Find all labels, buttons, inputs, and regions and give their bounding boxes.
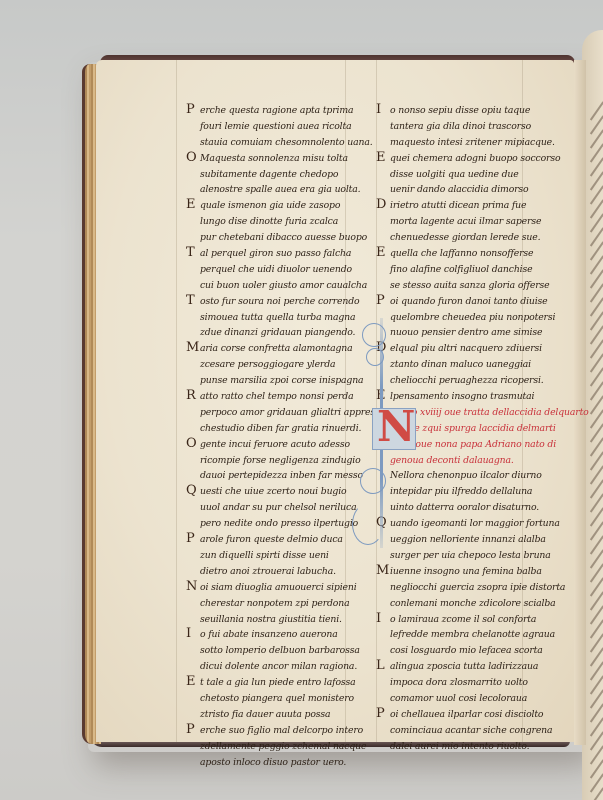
line-text: zcesare persoggiogare ylerda — [200, 359, 335, 370]
text-line: Miuenne insogno una femina balba — [378, 564, 553, 580]
line-text: ricompie forse negligenza zindugio — [200, 455, 361, 466]
text-line: alenostre spalle auea era gia uolta. — [188, 182, 358, 198]
verse-initial: R — [186, 388, 196, 404]
line-text: dietro anoi ztrouerai labucha. — [200, 566, 336, 577]
line-text: stauia comuiam chesomnolento uana. — [200, 137, 373, 148]
line-text: pur chetebani dibacco auesse buopo — [200, 232, 367, 243]
text-line: zun diquelli spirti disse ueni — [188, 548, 358, 564]
penwork-flourish-icon — [362, 323, 386, 347]
penwork-flourish-icon — [352, 503, 384, 545]
line-text: Nellora chenonpuo ilcalor diurno — [390, 470, 542, 481]
line-text: cosi losguardo mio lefacea scorta — [390, 645, 543, 656]
initial-letter: N — [377, 405, 415, 449]
verse-initial: P — [376, 293, 385, 309]
line-text: uuol andar su pur chelsol neriluca — [200, 502, 356, 513]
text-line: Io nonso sepiu disse opiu taque — [378, 103, 553, 119]
text-line: disse uolgiti qua uedine due — [378, 167, 553, 183]
line-text: chetosto piangera quel monistero — [200, 693, 354, 704]
line-text: ztristo fia dauer auuta possa — [200, 709, 330, 720]
text-line: Parole furon queste delmio duca — [188, 532, 358, 548]
verse-initial: Q — [186, 483, 197, 499]
line-text: osto fur soura noi perche correndo — [188, 296, 359, 307]
text-line: dalei aurei mio intento riuolto. — [378, 739, 553, 755]
verse-initial: L — [376, 658, 384, 674]
line-text: ueggion nelloriente innanzi alalba — [390, 534, 546, 545]
verse-initial: P — [186, 722, 195, 738]
text-line: surger per uia chepoco lesta bruna — [378, 548, 553, 564]
line-text: perpoco amor gridauan glialtri appresso — [200, 407, 385, 418]
text-line: Perche suo figlio mal delcorpo intero — [188, 723, 358, 739]
line-text: aposto inloco disuo pastor uero. — [200, 757, 346, 768]
line-text: cherestar nonpotem zpi perdona — [200, 598, 349, 609]
line-text: uinto datterra ooralor disaturno. — [390, 502, 539, 513]
text-line: dietro anoi ztrouerai labucha. — [188, 564, 358, 580]
line-text: surger per uia chepoco lesta bruna — [390, 550, 551, 561]
line-text: pero nedite ondo presso ilpertugio — [200, 518, 358, 529]
line-text: o fui abate insanzeno auerona — [188, 629, 338, 640]
text-line: Poi chellauea ilparlar cosi disciolto — [378, 707, 553, 723]
line-text: dauoi pertepidezza inben far messo — [200, 470, 363, 481]
text-line: conlemani monche zdicolore scialba — [378, 596, 553, 612]
text-line: perpoco amor gridauan glialtri appresso — [188, 405, 358, 421]
line-text: oi siam diuoglia amuouerci sipieni — [188, 582, 357, 593]
line-text: tantera gia dila dinoi trascorso — [390, 121, 531, 132]
verse-initial: I — [186, 626, 191, 642]
text-line: morta lagente acui ilmar saperse — [378, 214, 553, 230]
verse-initial: P — [376, 706, 385, 722]
verse-initial: O — [186, 150, 197, 166]
line-text: comamor uuol cosi lecoloraua — [390, 693, 527, 704]
text-line: se stesso auita sanza gloria offerse — [378, 278, 553, 294]
line-text: zun diquelli spirti disse ueni — [200, 550, 329, 561]
text-line: chenuedesse giordan lerede sue. — [378, 230, 553, 246]
text-line: Io fui abate insanzeno auerona — [188, 627, 358, 643]
line-text: quella che laffanno nonsofferse — [378, 248, 533, 259]
text-line: zcesare persoggiogare ylerda — [188, 357, 358, 373]
verse-initial: T — [186, 293, 195, 309]
line-text: subitamente dagente chedopo — [200, 169, 338, 180]
text-line: maquesto intesi zritener mipiacque. — [378, 135, 553, 151]
line-text: oi chellauea ilparlar cosi disciolto — [378, 709, 543, 720]
text-line: Tal perquel giron suo passo falcha — [188, 246, 358, 262]
line-text: gente incui feruore acuto adesso — [188, 439, 350, 450]
penwork-flourish-icon — [366, 348, 384, 366]
line-text: iuenne insogno una femina balba — [378, 566, 542, 577]
gutter — [574, 60, 586, 745]
ruling-line — [176, 60, 177, 742]
line-text: perquel che uidi diuolor uenendo — [200, 264, 352, 275]
text-line: Dirietro atutti dicean prima fue — [378, 198, 553, 214]
line-text: atto ratto chel tempo nonsi perda — [188, 391, 353, 402]
line-text: irietro atutti dicean prima fue — [378, 200, 526, 211]
line-text: fino alafine colfigliuol danchise — [390, 264, 532, 275]
verse-initial: M — [376, 563, 389, 579]
text-line: comamor uuol cosi lecoloraua — [378, 691, 553, 707]
text-line: pero nedite ondo presso ilpertugio — [188, 516, 358, 532]
penwork-flourish-icon — [360, 468, 386, 494]
verse-initial: P — [186, 531, 195, 547]
text-line: tantera gia dila dinoi trascorso — [378, 119, 553, 135]
rubric-text: Canto xviiij oue tratta dellaccidia delq… — [390, 407, 589, 418]
left-text-column: Perche questa ragione apta tprimafouri l… — [188, 103, 358, 770]
line-text: aria corse confretta alamontagna — [188, 343, 353, 354]
text-line: O gente incui feruore acuto adesso — [188, 437, 358, 453]
text-line: lefredde membra chelanotte agraua — [378, 627, 553, 643]
text-line: chetosto piangera quel monistero — [188, 691, 358, 707]
verse-initial: E — [376, 245, 385, 261]
text-line: cui buon uoler giusto amor caualcha — [188, 278, 358, 294]
verse-initial: P — [186, 102, 195, 118]
line-text: seuillania nostra giustitia tieni. — [200, 614, 342, 625]
text-line: Ratto ratto chel tempo nonsi perda — [188, 389, 358, 405]
text-line: zdue dinanzi gridauan piangendo. — [188, 325, 358, 341]
text-line: stauia comuiam chesomnolento uana. — [188, 135, 358, 151]
text-line: Poi quando furon danoi tanto diuise — [378, 294, 553, 310]
text-line: pur chetebani dibacco auesse buopo — [188, 230, 358, 246]
text-line: Noi siam diuoglia amuouerci sipieni — [188, 580, 358, 596]
text-line: OMaquesta sonnolenza misu tolta — [188, 151, 358, 167]
verse-initial: E — [186, 197, 195, 213]
line-text: dalei aurei mio intento riuolto. — [390, 741, 529, 752]
line-text: uesti che uiue zcerto noui bugio — [188, 486, 346, 497]
text-line: dauoi pertepidezza inben far messo — [188, 468, 358, 484]
text-line: Lalingua zposcia tutta ladirizzaua — [378, 659, 553, 675]
line-text: uenir dando alaccidia dimorso — [390, 184, 529, 195]
text-line: seuillania nostra giustitia tieni. — [188, 612, 358, 628]
line-text: Maquesta sonnolenza misu tolta — [188, 153, 348, 164]
text-line: Io lamiraua zcome il sol conforta — [378, 612, 553, 628]
line-text: dicui dolente ancor milan ragiona. — [200, 661, 357, 672]
text-line: simouea tutta quella turba magna — [188, 310, 358, 326]
text-line: Equale ismenon gia uide zasopo — [188, 198, 358, 214]
text-line: Perche questa ragione apta tprima — [188, 103, 358, 119]
line-text: alenostre spalle auea era gia uolta. — [200, 184, 360, 195]
text-line: dicui dolente ancor milan ragiona. — [188, 659, 358, 675]
line-text: quei chemera adogni buopo soccorso — [378, 153, 560, 164]
verse-initial: I — [376, 611, 381, 627]
text-line: perquel che uidi diuolor uenendo — [188, 262, 358, 278]
line-text: simouea tutta quella turba magna — [200, 312, 355, 323]
verse-initial: E — [186, 674, 195, 690]
line-text: conlemani monche zdicolore scialba — [390, 598, 556, 609]
line-text: se stesso auita sanza gloria offerse — [390, 280, 550, 291]
text-line: cherestar nonpotem zpi perdona — [188, 596, 358, 612]
line-text: sotto lomperio delbuon barbarossa — [200, 645, 360, 656]
text-line: Equella che laffanno nonsofferse — [378, 246, 553, 262]
line-text: nuouo pensier dentro ame simise — [390, 327, 542, 338]
line-text: al perquel giron suo passo falcha — [188, 248, 351, 259]
line-text: chestudio diben far gratia rinuerdi. — [200, 423, 361, 434]
verse-initial: O — [186, 436, 197, 452]
line-text: arole furon queste delmio duca — [188, 534, 343, 545]
line-text: cui buon uoler giusto amor caualcha — [200, 280, 367, 291]
line-text: erche suo figlio mal delcorpo intero — [188, 725, 363, 736]
text-line: uuol andar su pur chelsol neriluca — [188, 500, 358, 516]
text-line: chestudio diben far gratia rinuerdi. — [188, 421, 358, 437]
text-line: aposto inloco disuo pastor uero. — [188, 755, 358, 771]
line-text: o nonso sepiu disse opiu taque — [378, 105, 530, 116]
line-text: lefredde membra chelanotte agraua — [390, 629, 555, 640]
text-line: zdellamente peggio zchemal nacque — [188, 739, 358, 755]
verse-initial: D — [376, 197, 386, 213]
text-line: subitamente dagente chedopo — [188, 167, 358, 183]
text-line: Tosto fur soura noi perche correndo — [188, 294, 358, 310]
text-line: Equei chemera adogni buopo soccorso — [378, 151, 553, 167]
line-text: zdue dinanzi gridauan piangendo. — [200, 327, 355, 338]
line-text: negliocchi guercia zsopra ipie distorta — [390, 582, 565, 593]
line-text: cheliocchi peruaghezza ricopersi. — [390, 375, 544, 386]
text-line: cominciaua acantar siche congrena — [378, 723, 553, 739]
text-line: Maria corse confretta alamontagna — [188, 341, 358, 357]
verse-initial: M — [186, 340, 199, 356]
line-text: zdellamente peggio zchemal nacque — [200, 741, 366, 752]
text-line: uenir dando alaccidia dimorso — [378, 182, 553, 198]
verse-initial: E — [376, 150, 385, 166]
line-text: disse uolgiti qua uedine due — [390, 169, 519, 180]
line-text: quelombre cheuedea piu nonpotersi — [390, 312, 555, 323]
text-line: negliocchi guercia zsopra ipie distorta — [378, 580, 553, 596]
line-text: erche questa ragione apta tprima — [188, 105, 353, 116]
line-text: t tale a gia lun piede entro lafossa — [188, 677, 356, 688]
text-line: punse marsilia zpoi corse inispagna — [188, 373, 358, 389]
verse-initial: N — [186, 579, 197, 595]
line-text: chenuedesse giordan lerede sue. — [390, 232, 540, 243]
line-text: punse marsilia zpoi corse inispagna — [200, 375, 363, 386]
line-text: alingua zposcia tutta ladirizzaua — [378, 661, 538, 672]
illuminated-initial: N — [372, 408, 416, 450]
line-text: maquesto intesi zritener mipiacque. — [390, 137, 555, 148]
text-line: ricompie forse negligenza zindugio — [188, 453, 358, 469]
text-line: ztristo fia dauer auuta possa — [188, 707, 358, 723]
line-text: fouri lemie questioni auea ricolta — [200, 121, 351, 132]
line-text: o lamiraua zcome il sol conforta — [378, 614, 536, 625]
text-line: impoca dora zlosmarrito uolto — [378, 675, 553, 691]
text-line: Questi che uiue zcerto noui bugio — [188, 484, 358, 500]
text-line: sotto lomperio delbuon barbarossa — [188, 643, 358, 659]
line-text: lungo dise dinotte furia zcalca — [200, 216, 338, 227]
verse-initial: I — [376, 102, 381, 118]
line-text: morta lagente acui ilmar saperse — [390, 216, 541, 227]
text-line: cosi losguardo mio lefacea scorta — [378, 643, 553, 659]
line-text: quale ismenon gia uide zasopo — [188, 200, 340, 211]
line-text: oi quando furon danoi tanto diuise — [378, 296, 548, 307]
text-line: lungo dise dinotte furia zcalca — [188, 214, 358, 230]
verse-initial: T — [186, 245, 195, 261]
line-text: cominciaua acantar siche congrena — [390, 725, 552, 736]
text-line: Et tale a gia lun piede entro lafossa — [188, 675, 358, 691]
text-line: fouri lemie questioni auea ricolta — [188, 119, 358, 135]
line-text: impoca dora zlosmarrito uolto — [390, 677, 528, 688]
text-line: fino alafine colfigliuol danchise — [378, 262, 553, 278]
